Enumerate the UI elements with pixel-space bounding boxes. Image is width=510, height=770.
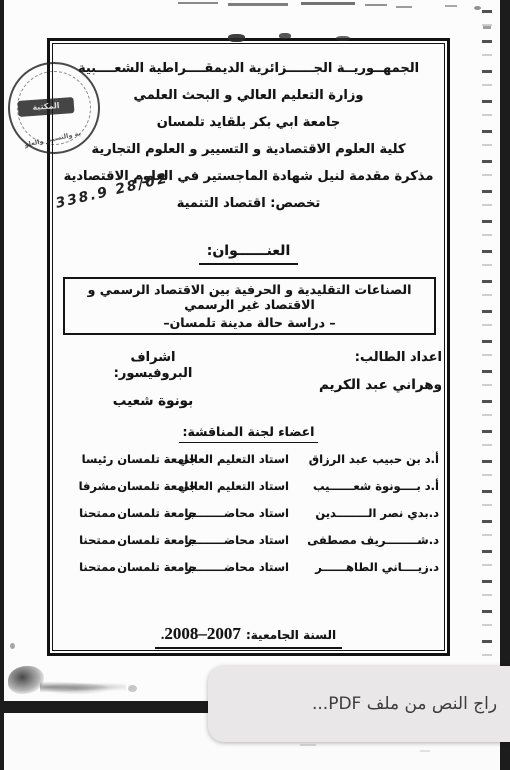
ministry-line: وزارة التعليم العالي و البحث العلمي xyxy=(50,82,447,109)
committee-member-name: د.بدي نصر الــــــــدين xyxy=(289,506,439,520)
committee-member-university: جامعة تلمسان xyxy=(125,506,197,520)
thesis-title-line2: – دراسة حالة مدينة تلمسان– xyxy=(65,315,434,330)
university-line: جامعة ابي بكر بلقايد تلمسان xyxy=(50,109,447,136)
committee-member-name: أ.د بن حبيب عبد الرزاق xyxy=(289,452,439,466)
committee-member-university: جامعة تلمسان xyxy=(125,533,197,547)
committee-member-name: د.شــــــــريف مصطفى xyxy=(289,533,439,547)
ink-speck xyxy=(10,643,15,649)
binding-marks xyxy=(482,10,492,696)
ink-smudge-dot xyxy=(128,685,137,692)
supervisor-name: بونوة شعيب xyxy=(92,393,214,410)
thesis-title-line1: الصناعات التقليدية و الحرفية بين الاقتصا… xyxy=(65,282,434,312)
committee-section: اعضاء لجنة المناقشة: xyxy=(50,421,447,443)
committee-member-role: رئيسا xyxy=(70,452,125,466)
supervisor-label: اشراف البروفيسور: xyxy=(92,350,214,382)
committee-member-university: جامعة تلمسان xyxy=(125,452,197,466)
committee-heading: اعضاء لجنة المناقشة: xyxy=(179,424,319,443)
student-name: وهراني عبد الكريم xyxy=(319,377,442,394)
committee-member-rank: استاد محاضــــــــر xyxy=(197,533,289,547)
academic-year-value: 2007–2008 xyxy=(164,624,241,643)
committee-member-role: ممتحنا xyxy=(70,560,125,574)
republic-line: الجمهــوريــة الجــــــزائرية الديمقــــ… xyxy=(50,55,447,82)
committee-table: أ.د بن حبيب عبد الرزاق استاد التعليم الع… xyxy=(70,445,439,580)
committee-member-role: ممتحنا xyxy=(70,506,125,520)
scanned-pdf-view: { "page": { "header_lines": [ "الجمهــور… xyxy=(0,0,510,770)
library-stamp: المكتبة ية والتسيير والعلو xyxy=(8,62,100,154)
academic-year-section: السنة الجامعية: 2007–2008. xyxy=(50,624,447,649)
title-label: العنــــــوان: xyxy=(199,243,299,265)
title-page-frame: الجمهــوريــة الجــــــزائرية الديمقــــ… xyxy=(47,38,450,656)
committee-member-name: د.زيــــاني الطاهــــــر xyxy=(289,560,439,574)
committee-member-name: أ.د بــــونوة شعــــــيب xyxy=(289,479,439,493)
title-section: العنــــــوان: xyxy=(50,240,447,265)
academic-year-label: السنة الجامعية: xyxy=(246,628,336,642)
committee-member-role: ممتحنا xyxy=(70,533,125,547)
academic-year-line: السنة الجامعية: 2007–2008. xyxy=(155,624,342,649)
ink-smudge-trail xyxy=(40,680,126,694)
committee-member-rank: استاد محاضــــــــر xyxy=(197,506,289,520)
extraction-progress-toast: راج النص من ملف PDF... xyxy=(208,666,510,742)
toast-message: راج النص من ملف PDF... xyxy=(312,694,497,714)
committee-member-university: جامعة تلمسان xyxy=(125,479,197,493)
student-block: اعداد الطالب: وهراني عبد الكريم xyxy=(319,350,442,394)
committee-member-rank: استاد التعليم العالي xyxy=(197,452,289,466)
committee-member-university: جامعة تلمسان xyxy=(125,560,197,574)
faculty-line: كلية العلوم الاقتصادية و التسيير و العلو… xyxy=(50,136,447,163)
thesis-title-box: الصناعات التقليدية و الحرفية بين الاقتصا… xyxy=(63,277,436,335)
committee-member-role: مشرفا xyxy=(70,479,125,493)
supervisor-block: اشراف البروفيسور: بونوة شعيب xyxy=(92,350,214,410)
committee-member-rank: استاد التعليم العالي xyxy=(197,479,289,493)
student-label: اعداد الطالب: xyxy=(319,350,442,366)
committee-member-rank: استاد محاضــــــــر xyxy=(197,560,289,574)
